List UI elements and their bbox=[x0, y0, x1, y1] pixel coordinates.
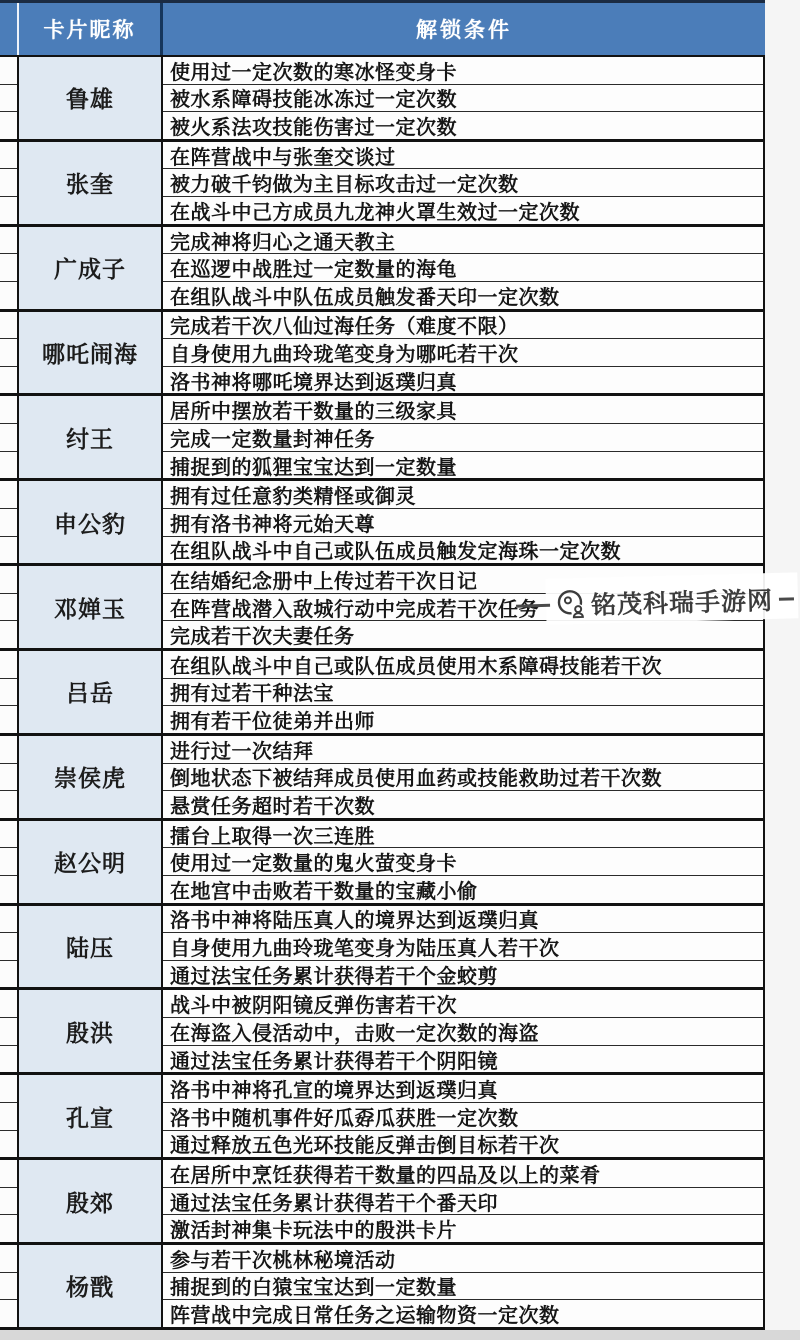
stub-cell bbox=[0, 764, 17, 792]
card-group: 广成子完成神将归心之通天教主在巡逻中战胜过一定数量的海龟在组队战斗中队伍成员触发… bbox=[0, 227, 765, 312]
column-header-card-name: 卡片昵称 bbox=[19, 3, 163, 55]
condition-cell: 在组队战斗中自己或队伍成员触发定海珠一定次数 bbox=[163, 537, 763, 564]
condition-cell: 在阵营战中与张奎交谈过 bbox=[163, 142, 763, 170]
stub-cell bbox=[0, 57, 17, 85]
condition-column: 完成若干次八仙过海任务（难度不限）自身使用九曲玲珑笔变身为哪吒若干次洛书神将哪吒… bbox=[163, 312, 765, 394]
left-stub-column bbox=[0, 821, 19, 903]
page: 卡片昵称 解锁条件 鲁雄使用过一定次数的寒冰怪变身卡被水系障碍技能冰冻过一定次数… bbox=[0, 0, 800, 1340]
condition-cell: 激活封神集卡玩法中的殷洪卡片 bbox=[163, 1215, 763, 1242]
stub-cell bbox=[0, 933, 17, 961]
left-stub-column bbox=[0, 396, 19, 478]
watermark-logo-icon bbox=[556, 588, 589, 621]
card-name-cell: 杨戬 bbox=[19, 1245, 163, 1327]
stub-cell bbox=[0, 424, 17, 452]
card-name-cell: 广成子 bbox=[19, 227, 163, 309]
left-stub-column bbox=[0, 312, 19, 394]
condition-cell: 完成一定数量封神任务 bbox=[163, 424, 763, 452]
left-stub-column bbox=[0, 990, 19, 1072]
stub-cell bbox=[0, 312, 17, 340]
card-group: 吕岳在组队战斗中自己或队伍成员使用木系障碍技能若干次拥有过若干种法宝拥有若干位徒… bbox=[0, 651, 765, 736]
card-group: 殷洪战斗中被阴阳镜反弹伤害若干次在海盗入侵活动中，击败一定次数的海盗通过法宝任务… bbox=[0, 990, 765, 1075]
condition-cell: 被力破千钧做为主目标攻击过一定次数 bbox=[163, 169, 763, 197]
left-stub-column bbox=[0, 1160, 19, 1242]
condition-cell: 洛书中随机事件好瓜孬瓜获胜一定次数 bbox=[163, 1103, 763, 1131]
condition-column: 在组队战斗中自己或队伍成员使用木系障碍技能若干次拥有过若干种法宝拥有若干位徒弟并… bbox=[163, 651, 765, 733]
condition-cell: 战斗中被阴阳镜反弹伤害若干次 bbox=[163, 990, 763, 1018]
condition-column: 在阵营战中与张奎交谈过被力破千钧做为主目标攻击过一定次数在战斗中己方成员九龙神火… bbox=[163, 142, 765, 224]
stub-cell bbox=[0, 1188, 17, 1216]
card-group: 申公豹拥有过任意豹类精怪或御灵拥有洛书神将元始天尊在组队战斗中自己或队伍成员触发… bbox=[0, 481, 765, 566]
card-name-cell: 陆压 bbox=[19, 906, 163, 988]
bottom-strip bbox=[0, 1330, 800, 1340]
stub-cell bbox=[0, 227, 17, 255]
stub-cell bbox=[0, 1160, 17, 1188]
stub-cell bbox=[0, 452, 17, 479]
condition-cell: 在海盗入侵活动中，击败一定次数的海盗 bbox=[163, 1018, 763, 1046]
stub-cell bbox=[0, 821, 17, 849]
stub-cell bbox=[0, 791, 17, 818]
card-name-cell: 崇侯虎 bbox=[19, 736, 163, 818]
stub-cell bbox=[0, 1046, 17, 1073]
card-group: 赵公明擂台上取得一次三连胜使用过一定数量的鬼火萤变身卡在地宫中击败若干数量的宝藏… bbox=[0, 821, 765, 906]
stub-cell bbox=[0, 481, 17, 509]
condition-cell: 洛书中神将陆压真人的境界达到返璞归真 bbox=[163, 906, 763, 934]
condition-column: 洛书中神将陆压真人的境界达到返璞归真自身使用九曲玲珑笔变身为陆压真人若干次通过法… bbox=[163, 906, 765, 988]
condition-cell: 通过法宝任务累计获得若干个阴阳镜 bbox=[163, 1046, 763, 1073]
stub-cell bbox=[0, 906, 17, 934]
condition-cell: 拥有洛书神将元始天尊 bbox=[163, 509, 763, 537]
left-stub-column bbox=[0, 227, 19, 309]
condition-cell: 在战斗中己方成员九龙神火罩生效过一定次数 bbox=[163, 197, 763, 224]
condition-cell: 捕捉到的狐狸宝宝达到一定数量 bbox=[163, 452, 763, 479]
condition-cell: 居所中摆放若干数量的三级家具 bbox=[163, 396, 763, 424]
watermark: 铭茂科瑞手游网 bbox=[515, 572, 798, 631]
watermark-left-line bbox=[516, 603, 550, 607]
left-stub-column bbox=[0, 481, 19, 563]
condition-cell: 阵营战中完成日常任务之运输物资一定次数 bbox=[163, 1300, 763, 1327]
stub-cell bbox=[0, 1131, 17, 1158]
condition-column: 拥有过任意豹类精怪或御灵拥有洛书神将元始天尊在组队战斗中自己或队伍成员触发定海珠… bbox=[163, 481, 765, 563]
condition-cell: 被火系法攻技能伤害过一定次数 bbox=[163, 112, 763, 139]
left-stub-column bbox=[0, 566, 19, 648]
condition-column: 参与若干次桃林秘境活动捕捉到的白猿宝宝达到一定数量阵营战中完成日常任务之运输物资… bbox=[163, 1245, 765, 1327]
condition-cell: 自身使用九曲玲珑笔变身为哪吒若干次 bbox=[163, 339, 763, 367]
condition-cell: 被水系障碍技能冰冻过一定次数 bbox=[163, 85, 763, 113]
card-group: 崇侯虎进行过一次结拜倒地状态下被结拜成员使用血药或技能救助过若干次数悬赏任务超时… bbox=[0, 736, 765, 821]
left-stub-column bbox=[0, 906, 19, 988]
stub-cell bbox=[0, 197, 17, 224]
condition-cell: 通过释放五色光环技能反弹击倒目标若干次 bbox=[163, 1131, 763, 1158]
card-name-cell: 申公豹 bbox=[19, 481, 163, 563]
condition-column: 洛书中神将孔宣的境界达到返璞归真洛书中随机事件好瓜孬瓜获胜一定次数通过释放五色光… bbox=[163, 1075, 765, 1157]
stub-cell bbox=[0, 621, 17, 648]
card-name-cell: 赵公明 bbox=[19, 821, 163, 903]
left-stub-column bbox=[0, 1245, 19, 1327]
card-group: 孔宣洛书中神将孔宣的境界达到返璞归真洛书中随机事件好瓜孬瓜获胜一定次数通过释放五… bbox=[0, 1075, 765, 1160]
condition-column: 进行过一次结拜倒地状态下被结拜成员使用血药或技能救助过若干次数悬赏任务超时若干次… bbox=[163, 736, 765, 818]
condition-cell: 拥有若干位徒弟并出师 bbox=[163, 706, 763, 733]
stub-cell bbox=[0, 85, 17, 113]
condition-cell: 擂台上取得一次三连胜 bbox=[163, 821, 763, 849]
condition-cell: 完成若干次八仙过海任务（难度不限） bbox=[163, 312, 763, 340]
stub-cell bbox=[0, 566, 17, 594]
condition-cell: 使用过一定次数的寒冰怪变身卡 bbox=[163, 57, 763, 85]
stub-cell bbox=[0, 367, 17, 394]
condition-cell: 使用过一定数量的鬼火萤变身卡 bbox=[163, 848, 763, 876]
stub-cell bbox=[0, 537, 17, 564]
stub-cell bbox=[0, 990, 17, 1018]
watermark-content: 铭茂科瑞手游网 bbox=[515, 572, 798, 631]
stub-cell bbox=[0, 594, 17, 622]
condition-column: 在居所中烹饪获得若干数量的四品及以上的菜肴通过法宝任务累计获得若干个番天印激活封… bbox=[163, 1160, 765, 1242]
condition-column: 战斗中被阴阳镜反弹伤害若干次在海盗入侵活动中，击败一定次数的海盗通过法宝任务累计… bbox=[163, 990, 765, 1072]
left-stub-column bbox=[0, 142, 19, 224]
condition-cell: 通过法宝任务累计获得若干个番天印 bbox=[163, 1188, 763, 1216]
condition-cell: 自身使用九曲玲珑笔变身为陆压真人若干次 bbox=[163, 933, 763, 961]
stub-cell bbox=[0, 848, 17, 876]
unlock-table: 卡片昵称 解锁条件 鲁雄使用过一定次数的寒冰怪变身卡被水系障碍技能冰冻过一定次数… bbox=[0, 0, 765, 1330]
stub-cell bbox=[0, 112, 17, 139]
stub-cell bbox=[0, 1103, 17, 1131]
left-stub-column bbox=[0, 1075, 19, 1157]
card-group: 哪吒闹海完成若干次八仙过海任务（难度不限）自身使用九曲玲珑笔变身为哪吒若干次洛书… bbox=[0, 312, 765, 397]
condition-cell: 参与若干次桃林秘境活动 bbox=[163, 1245, 763, 1273]
left-stub-column bbox=[0, 57, 19, 139]
stub-cell bbox=[0, 509, 17, 537]
stub-cell bbox=[0, 169, 17, 197]
condition-column: 使用过一定次数的寒冰怪变身卡被水系障碍技能冰冻过一定次数被火系法攻技能伤害过一定… bbox=[163, 57, 765, 139]
condition-cell: 洛书神将哪吒境界达到返璞归真 bbox=[163, 367, 763, 394]
stub-cell bbox=[0, 1215, 17, 1242]
card-group: 鲁雄使用过一定次数的寒冰怪变身卡被水系障碍技能冰冻过一定次数被火系法攻技能伤害过… bbox=[0, 57, 765, 142]
condition-cell: 在组队战斗中自己或队伍成员使用木系障碍技能若干次 bbox=[163, 651, 763, 679]
stub-cell bbox=[0, 651, 17, 679]
stub-cell bbox=[0, 736, 17, 764]
condition-cell: 拥有过若干种法宝 bbox=[163, 679, 763, 707]
stub-cell bbox=[0, 706, 17, 733]
stub-cell bbox=[0, 396, 17, 424]
card-group: 张奎在阵营战中与张奎交谈过被力破千钧做为主目标攻击过一定次数在战斗中己方成员九龙… bbox=[0, 142, 765, 227]
table-body: 鲁雄使用过一定次数的寒冰怪变身卡被水系障碍技能冰冻过一定次数被火系法攻技能伤害过… bbox=[0, 57, 765, 1330]
condition-cell: 完成神将归心之通天教主 bbox=[163, 227, 763, 255]
table-header-row: 卡片昵称 解锁条件 bbox=[0, 0, 765, 57]
watermark-right-line bbox=[779, 597, 794, 600]
card-name-cell: 鲁雄 bbox=[19, 57, 163, 139]
stub-cell bbox=[0, 679, 17, 707]
card-name-cell: 殷洪 bbox=[19, 990, 163, 1072]
corner-cell bbox=[0, 3, 19, 55]
stub-cell bbox=[0, 1075, 17, 1103]
card-name-cell: 纣王 bbox=[19, 396, 163, 478]
stub-cell bbox=[0, 1300, 17, 1327]
card-group: 杨戬参与若干次桃林秘境活动捕捉到的白猿宝宝达到一定数量阵营战中完成日常任务之运输… bbox=[0, 1245, 765, 1330]
column-header-unlock-condition: 解锁条件 bbox=[163, 3, 765, 55]
condition-cell: 洛书中神将孔宣的境界达到返璞归真 bbox=[163, 1075, 763, 1103]
card-name-cell: 孔宣 bbox=[19, 1075, 163, 1157]
card-name-cell: 张奎 bbox=[19, 142, 163, 224]
card-group: 殷郊在居所中烹饪获得若干数量的四品及以上的菜肴通过法宝任务累计获得若干个番天印激… bbox=[0, 1160, 765, 1245]
left-stub-column bbox=[0, 736, 19, 818]
condition-cell: 在地宫中击败若干数量的宝藏小偷 bbox=[163, 876, 763, 903]
condition-cell: 在巡逻中战胜过一定数量的海龟 bbox=[163, 254, 763, 282]
card-group: 陆压洛书中神将陆压真人的境界达到返璞归真自身使用九曲玲珑笔变身为陆压真人若干次通… bbox=[0, 906, 765, 991]
card-group: 纣王居所中摆放若干数量的三级家具完成一定数量封神任务捕捉到的狐狸宝宝达到一定数量 bbox=[0, 396, 765, 481]
stub-cell bbox=[0, 339, 17, 367]
stub-cell bbox=[0, 1245, 17, 1273]
watermark-text: 铭茂科瑞手游网 bbox=[591, 581, 780, 622]
card-name-cell: 吕岳 bbox=[19, 651, 163, 733]
condition-cell: 捕捉到的白猿宝宝达到一定数量 bbox=[163, 1273, 763, 1301]
stub-cell bbox=[0, 876, 17, 903]
condition-cell: 倒地状态下被结拜成员使用血药或技能救助过若干次数 bbox=[163, 764, 763, 792]
card-name-cell: 哪吒闹海 bbox=[19, 312, 163, 394]
stub-cell bbox=[0, 1273, 17, 1301]
condition-cell: 进行过一次结拜 bbox=[163, 736, 763, 764]
stub-cell bbox=[0, 1018, 17, 1046]
card-name-cell: 邓婵玉 bbox=[19, 566, 163, 648]
stub-cell bbox=[0, 961, 17, 988]
condition-cell: 在组队战斗中队伍成员触发番天印一定次数 bbox=[163, 282, 763, 309]
stub-cell bbox=[0, 254, 17, 282]
condition-column: 擂台上取得一次三连胜使用过一定数量的鬼火萤变身卡在地宫中击败若干数量的宝藏小偷 bbox=[163, 821, 765, 903]
card-name-cell: 殷郊 bbox=[19, 1160, 163, 1242]
condition-cell: 通过法宝任务累计获得若干个金蛟剪 bbox=[163, 961, 763, 988]
condition-cell: 悬赏任务超时若干次数 bbox=[163, 791, 763, 818]
left-stub-column bbox=[0, 651, 19, 733]
condition-cell: 在居所中烹饪获得若干数量的四品及以上的菜肴 bbox=[163, 1160, 763, 1188]
condition-column: 居所中摆放若干数量的三级家具完成一定数量封神任务捕捉到的狐狸宝宝达到一定数量 bbox=[163, 396, 765, 478]
condition-column: 完成神将归心之通天教主在巡逻中战胜过一定数量的海龟在组队战斗中队伍成员触发番天印… bbox=[163, 227, 765, 309]
stub-cell bbox=[0, 142, 17, 170]
stub-cell bbox=[0, 282, 17, 309]
condition-cell: 拥有过任意豹类精怪或御灵 bbox=[163, 481, 763, 509]
